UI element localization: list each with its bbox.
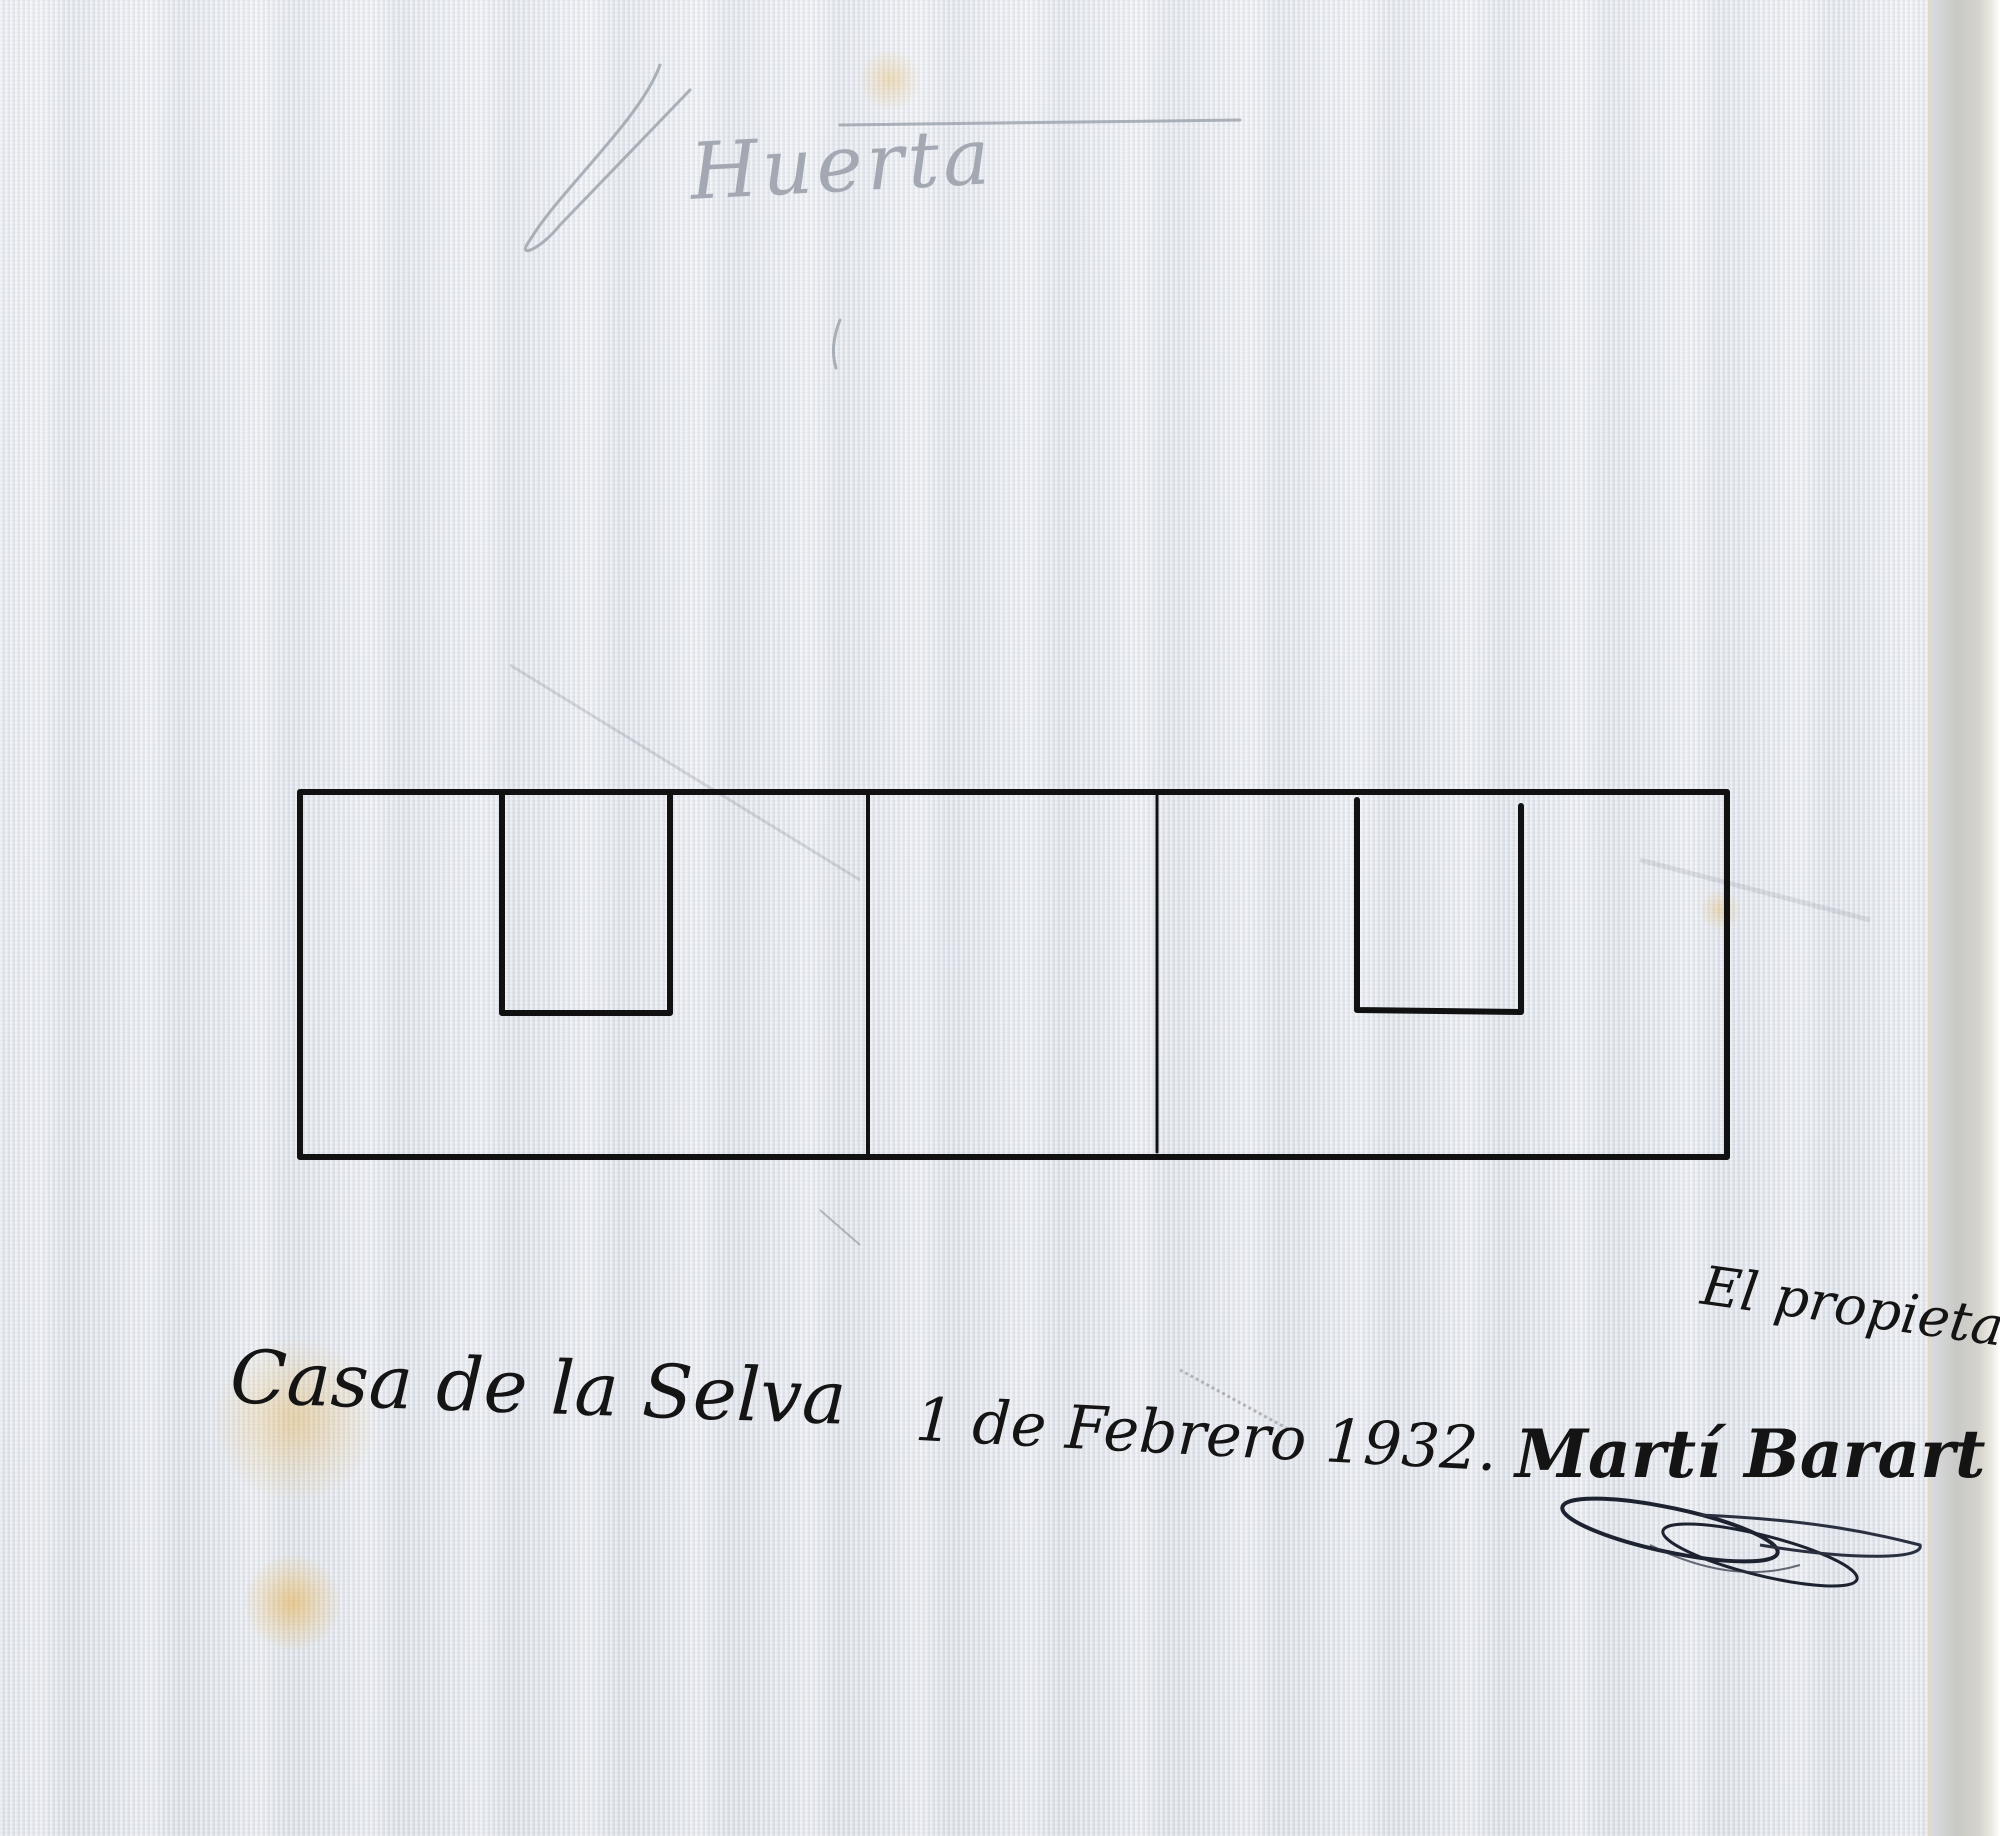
signature-flourish xyxy=(0,0,2000,1836)
